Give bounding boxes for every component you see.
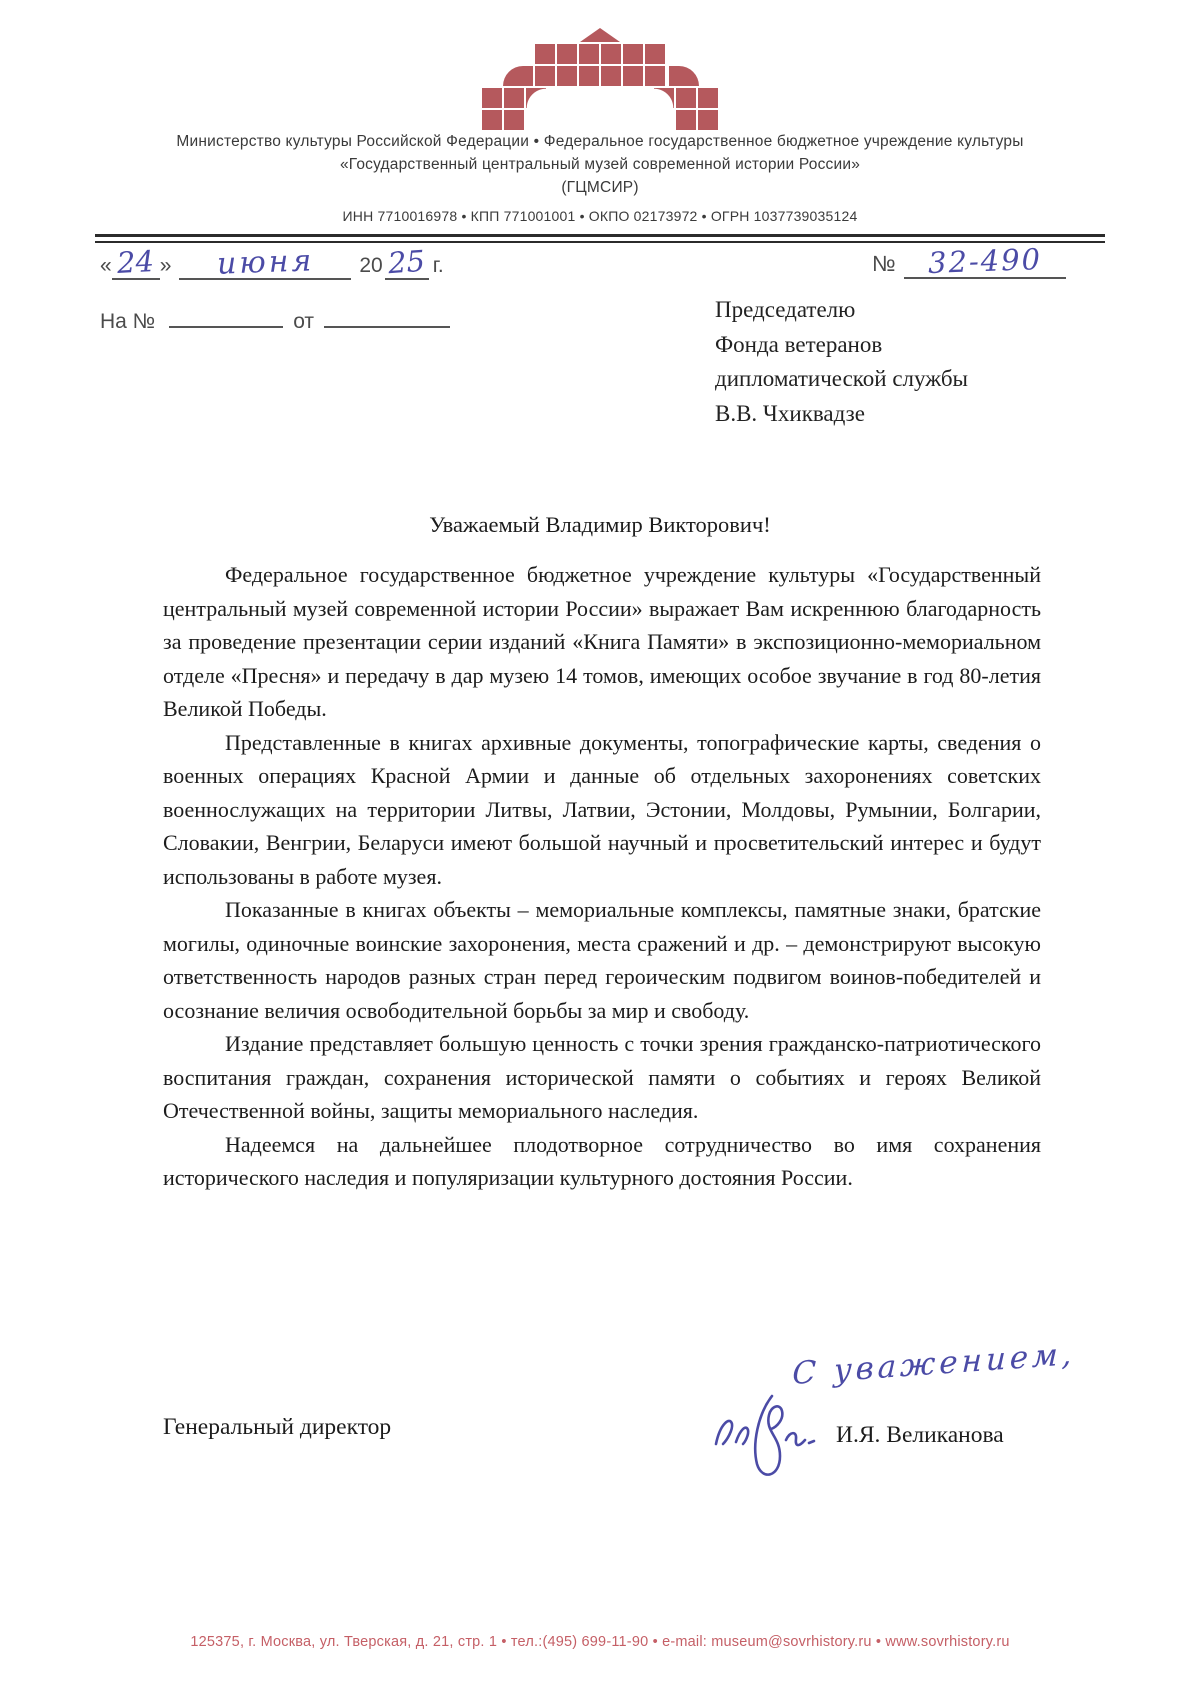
outgoing-number-line: №32-490 [872,250,1066,279]
handwritten-month: июня [216,251,314,274]
date-month-slot: июня [179,253,351,280]
date-quote-open: « [100,254,112,277]
number-label: № [872,251,896,276]
addressee-line: Фонда ветеранов [715,328,968,363]
handwritten-year: 25 [388,251,426,274]
footer-contact-line: 125375, г. Москва, ул. Тверская, д. 21, … [0,1634,1200,1650]
date-quote-close: » [160,254,172,277]
date-line: «24»июня2025г. [100,252,444,280]
signer-position-title: Генеральный директор [163,1414,391,1441]
letter-page: Министерство культуры Российской Федерац… [0,0,1200,1696]
handwritten-signature-icon [706,1378,818,1490]
date-year-suffix: г. [433,254,444,277]
handwritten-number: 32-490 [927,248,1042,274]
body-paragraph: Показанные в книгах объекты – мемориальн… [163,893,1041,1027]
signer-name: И.Я. Великанова [836,1422,1004,1449]
addressee-line: Председателю [715,293,968,328]
addressee-line: дипломатической службы [715,362,968,397]
reply-label-ot: от [293,310,314,333]
letterhead-line-1: Министерство культуры Российской Федерац… [0,130,1200,153]
body-paragraph: Представленные в книгах архивные докумен… [163,726,1041,894]
letterhead-requisites: ИНН 7710016978 • КПП 771001001 • ОКПО 02… [0,205,1200,227]
reply-label-na: На № [100,310,155,333]
museum-arch-logo-icon [480,28,720,132]
body-paragraph: Федеральное государственное бюджетное уч… [163,558,1041,726]
letterhead-line-2: «Государственный центральный музей совре… [0,153,1200,176]
reply-reference-line: На №от [100,306,450,334]
letterhead: Министерство культуры Российской Федерац… [0,130,1200,227]
letterhead-line-3: (ГЦМСИР) [0,176,1200,199]
salutation: Уважаемый Владимир Викторович! [0,512,1200,538]
reply-date-slot [324,306,450,328]
letter-body: Федеральное государственное бюджетное уч… [163,558,1041,1195]
handwritten-day: 24 [117,251,155,273]
addressee-block: Председателю Фонда ветеранов дипломатиче… [715,293,968,431]
date-day-slot: 24 [112,252,160,280]
body-paragraph: Издание представляет большую ценность с … [163,1027,1041,1128]
number-slot: 32-490 [904,250,1066,279]
addressee-line: В.В. Чхиквадзе [715,397,968,432]
letterhead-divider-rule [95,234,1105,243]
handwritten-closing: С уважением, [792,1336,1077,1392]
body-paragraph: Надеемся на дальнейшее плодотворное сотр… [163,1128,1041,1195]
date-year-slot: 25 [385,252,429,280]
date-year-printed: 20 [359,254,382,277]
reply-number-slot [169,306,283,328]
